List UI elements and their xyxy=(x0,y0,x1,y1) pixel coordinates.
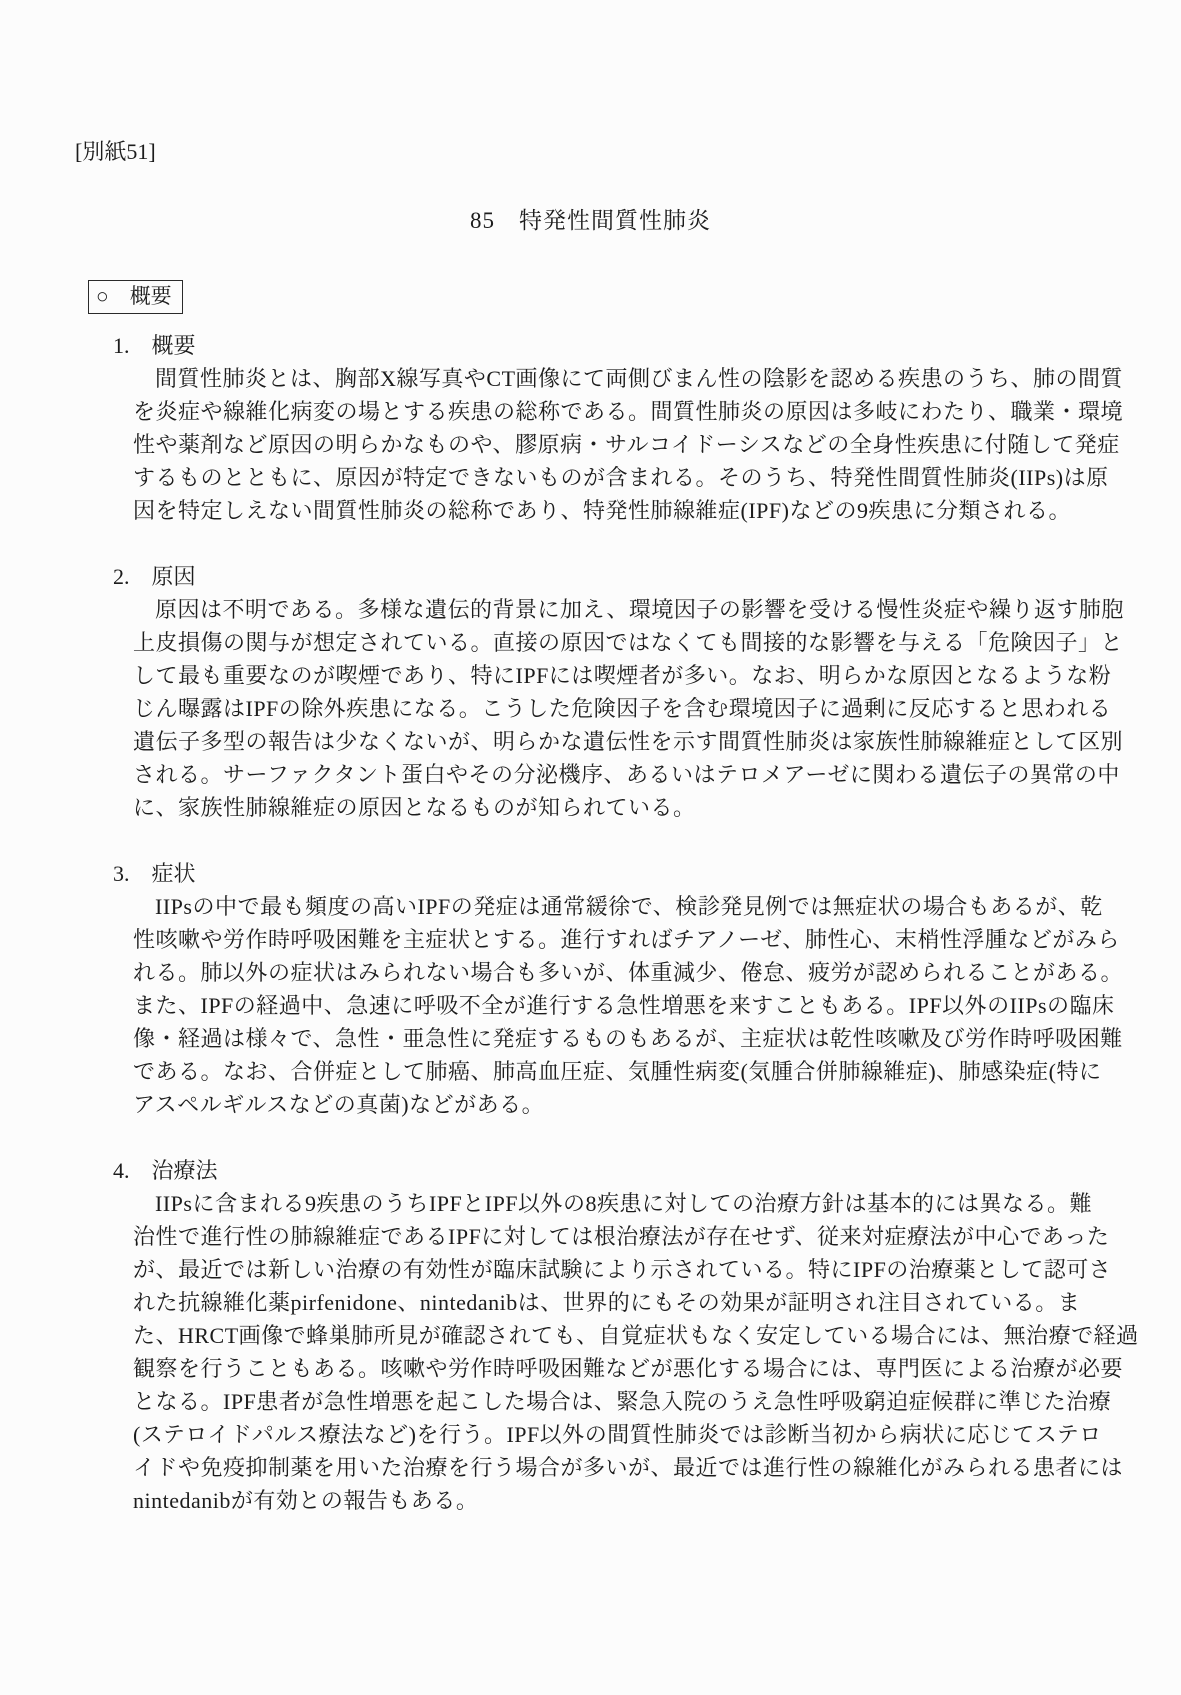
paragraph-line: に、家族性肺線維症の原因となるものが知られている。 xyxy=(133,791,1133,824)
paragraph-line: を炎症や線維化病変の場とする疾患の総称である。間質性肺炎の原因は多岐にわたり、職… xyxy=(133,395,1133,428)
paragraph-line: 原因は不明である。多様な遺伝的背景に加え、環境因子の影響を受ける慢性炎症や繰り返… xyxy=(133,593,1133,626)
paragraph-line: 性や薬剤など原因の明らかなものや、膠原病・サルコイドーシスなどの全身性疾患に付随… xyxy=(133,428,1133,461)
section: 4. 治療法 IIPsに含まれる9疾患のうちIPFとIPF以外の8疾患に対しての… xyxy=(113,1154,1133,1517)
paragraph-line: イドや免疫抑制薬を用いた治療を行う場合が多いが、最近では進行性の線維化がみられる… xyxy=(133,1451,1133,1484)
paragraph-line: 性咳嗽や労作時呼吸困難を主症状とする。進行すればチアノーゼ、肺性心、末梢性浮腫な… xyxy=(133,923,1133,956)
overview-box-label: 概要 xyxy=(130,283,172,309)
section: 1. 概要 間質性肺炎とは、胸部X線写真やCT画像にて両側びまん性の陰影を認める… xyxy=(113,329,1133,527)
paragraph-line: また、IPFの経過中、急速に呼吸不全が進行する急性増悪を来すこともある。IPF以… xyxy=(133,989,1133,1022)
section-body: IIPsの中で最も頻度の高いIPFの発症は通常緩徐で、検診発見例では無症状の場合… xyxy=(133,890,1133,1121)
paragraph-line: 因を特定しえない間質性肺炎の総称であり、特発性肺線維症(IPF)などの9疾患に分… xyxy=(133,494,1133,527)
section-heading: 3. 症状 xyxy=(113,857,1133,890)
paragraph-line: 像・経過は様々で、急性・亜急性に発症するものもあるが、主症状は乾性咳嗽及び労作時… xyxy=(133,1022,1133,1055)
paragraph-line: 遺伝子多型の報告は少なくないが、明らかな遺伝性を示す間質性肺炎は家族性肺線維症と… xyxy=(133,725,1133,758)
section-heading: 2. 原因 xyxy=(113,560,1133,593)
paragraph-line: アスペルギルスなどの真菌)などがある。 xyxy=(133,1088,1133,1121)
attachment-label: [別紙51] xyxy=(75,139,156,165)
section-heading: 1. 概要 xyxy=(113,329,1133,362)
paragraph-line: れた抗線維化薬pirfenidone、nintedanibは、世界的にもその効果… xyxy=(133,1286,1133,1319)
paragraph-line: である。なお、合併症として肺癌、肺高血圧症、気腫性病変(気腫合併肺線維症)、肺感… xyxy=(133,1055,1133,1088)
paragraph-line: される。サーファクタント蛋白やその分泌機序、あるいはテロメアーゼに関わる遺伝子の… xyxy=(133,758,1133,791)
circle-marker-icon: ○ xyxy=(96,283,109,309)
paragraph-line: nintedanibが有効との報告もある。 xyxy=(133,1484,1133,1517)
paragraph-line: (ステロイドパルス療法など)を行う。IPF以外の間質性肺炎では診断当初から病状に… xyxy=(133,1418,1133,1451)
section: 3. 症状 IIPsの中で最も頻度の高いIPFの発症は通常緩徐で、検診発見例では… xyxy=(113,857,1133,1121)
paragraph-line: IIPsの中で最も頻度の高いIPFの発症は通常緩徐で、検診発見例では無症状の場合… xyxy=(133,890,1133,923)
paragraph-line: 観察を行うこともある。咳嗽や労作時呼吸困難などが悪化する場合には、専門医による治… xyxy=(133,1352,1133,1385)
section-body: 間質性肺炎とは、胸部X線写真やCT画像にて両側びまん性の陰影を認める疾患のうち、… xyxy=(133,362,1133,527)
page-title: 85 特発性間質性肺炎 xyxy=(0,207,1181,235)
section-body: IIPsに含まれる9疾患のうちIPFとIPF以外の8疾患に対しての治療方針は基本… xyxy=(133,1187,1133,1517)
section: 2. 原因 原因は不明である。多様な遺伝的背景に加え、環境因子の影響を受ける慢性… xyxy=(113,560,1133,824)
paragraph-line: 治性で進行性の肺線維症であるIPFに対しては根治療法が存在せず、従来対症療法が中… xyxy=(133,1220,1133,1253)
overview-box: ○ 概要 xyxy=(88,280,183,314)
paragraph-line: して最も重要なのが喫煙であり、特にIPFには喫煙者が多い。なお、明らかな原因とな… xyxy=(133,659,1133,692)
paragraph-line: となる。IPF患者が急性増悪を起こした場合は、緊急入院のうえ急性呼吸窮迫症候群に… xyxy=(133,1385,1133,1418)
paragraph-line: するものとともに、原因が特定できないものが含まれる。そのうち、特発性間質性肺炎(… xyxy=(133,461,1133,494)
paragraph-line: 上皮損傷の関与が想定されている。直接の原因ではなくても間接的な影響を与える「危険… xyxy=(133,626,1133,659)
paragraph-line: た、HRCT画像で蜂巣肺所見が確認されても、自覚症状もなく安定している場合には、… xyxy=(133,1319,1133,1352)
section-heading: 4. 治療法 xyxy=(113,1154,1133,1187)
paragraph-line: が、最近では新しい治療の有効性が臨床試験により示されている。特にIPFの治療薬と… xyxy=(133,1253,1133,1286)
document-page: [別紙51] 85 特発性間質性肺炎 ○ 概要 1. 概要 間質性肺炎とは、胸部… xyxy=(0,0,1181,1695)
sections-container: 1. 概要 間質性肺炎とは、胸部X線写真やCT画像にて両側びまん性の陰影を認める… xyxy=(113,329,1133,1550)
paragraph-line: れる。肺以外の症状はみられない場合も多いが、体重減少、倦怠、疲労が認められること… xyxy=(133,956,1133,989)
paragraph-line: 間質性肺炎とは、胸部X線写真やCT画像にて両側びまん性の陰影を認める疾患のうち、… xyxy=(133,362,1133,395)
paragraph-line: IIPsに含まれる9疾患のうちIPFとIPF以外の8疾患に対しての治療方針は基本… xyxy=(133,1187,1133,1220)
section-body: 原因は不明である。多様な遺伝的背景に加え、環境因子の影響を受ける慢性炎症や繰り返… xyxy=(133,593,1133,824)
paragraph-line: じん曝露はIPFの除外疾患になる。こうした危険因子を含む環境因子に過剰に反応する… xyxy=(133,692,1133,725)
